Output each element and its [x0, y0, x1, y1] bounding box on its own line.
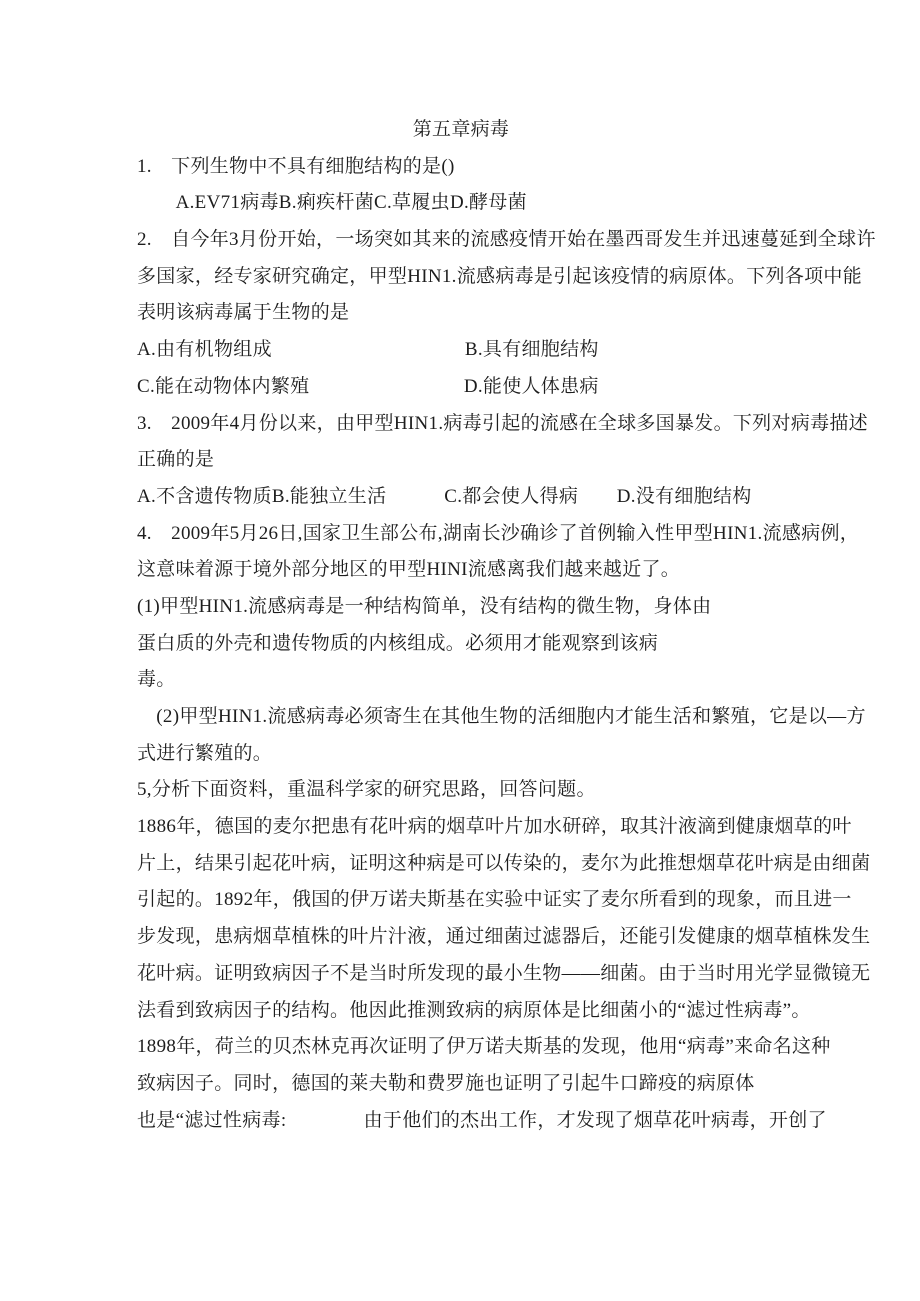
- text-line: 表明该病毒属于生物的是: [137, 295, 785, 332]
- text-line: (2)甲型HIN1.流感病毒必须寄生在其他生物的活细胞内才能生活和繁殖，它是以—…: [137, 699, 785, 736]
- text-line: 1886年，德国的麦尔把患有花叶病的烟草叶片加水研碎，取其汁液滴到健康烟草的叶: [137, 809, 785, 846]
- text-line: 蛋白质的外壳和遗传物质的内核组成。必须用才能观察到该病: [137, 626, 785, 663]
- document-content: 第五章病毒 1. 下列生物中不具有细胞结构的是() A.EV71病毒B.痢疾杆菌…: [137, 112, 785, 1139]
- document-body: 1. 下列生物中不具有细胞结构的是() A.EV71病毒B.痢疾杆菌C.草履虫D…: [137, 149, 785, 1140]
- text-line: (1)甲型HIN1.流感病毒是一种结构简单，没有结构的微生物，身体由: [137, 589, 785, 626]
- text-line: 步发现，患病烟草植株的叶片汁液，通过细菌过滤器后，还能引发健康的烟草植株发生: [137, 919, 785, 956]
- text-line: 4. 2009年5月26日,国家卫生部公布,湖南长沙确诊了首例输入性甲型HIN1…: [137, 516, 785, 553]
- text-line: 法看到致病因子的结构。他因此推测致病的病原体是比细菌小的“滤过性病毒”。: [137, 993, 785, 1030]
- text-line: 1898年，荷兰的贝杰林克再次证明了伊万诺夫斯基的发现，他用“病毒”来命名这种: [137, 1029, 785, 1066]
- text-line: 这意味着源于境外部分地区的甲型HINI流感离我们越来越近了。: [137, 552, 785, 589]
- text-line: 花叶病。证明致病因子不是当时所发现的最小生物——细菌。由于当时用光学显微镜无: [137, 956, 785, 993]
- text-line: 多国家，经专家研究确定，甲型HIN1.流感病毒是引起该疫情的病原体。下列各项中能: [137, 259, 785, 296]
- text-line: 片上，结果引起花叶病，证明这种病是可以传染的，麦尔为此推想烟草花叶病是由细菌: [137, 846, 785, 883]
- text-line: 2. 自今年3月份开始，一场突如其来的流感疫情开始在墨西哥发生并迅速蔓延到全球许: [137, 222, 785, 259]
- text-line: 也是“滤过性病毒: 由于他们的杰出工作，才发现了烟草花叶病毒，开创了: [137, 1103, 785, 1140]
- text-line: 毒。: [137, 662, 785, 699]
- text-line: 引起的。1892年，俄国的伊万诺夫斯基在实验中证实了麦尔所看到的现象，而且进一: [137, 882, 785, 919]
- text-line: A.由有机物组成 B.具有细胞结构: [137, 332, 785, 369]
- text-line: C.能在动物体内繁殖 D.能使人体患病: [137, 369, 785, 406]
- text-line: A.EV71病毒B.痢疾杆菌C.草履虫D.酵母菌: [137, 185, 785, 222]
- text-line: 1. 下列生物中不具有细胞结构的是(): [137, 149, 785, 186]
- text-line: 5,分析下面资料，重温科学家的研究思路，回答问题。: [137, 772, 785, 809]
- text-line: 式进行繁殖的。: [137, 736, 785, 773]
- text-line: A.不含遗传物质B.能独立生活 C.都会使人得病 D.没有细胞结构: [137, 479, 785, 516]
- text-line: 致病因子。同时，德国的莱夫勒和费罗施也证明了引起牛口蹄疫的病原体: [137, 1066, 785, 1103]
- text-line: 3. 2009年4月份以来，由甲型HIN1.病毒引起的流感在全球多国暴发。下列对…: [137, 406, 785, 443]
- document-page: 第五章病毒 1. 下列生物中不具有细胞结构的是() A.EV71病毒B.痢疾杆菌…: [0, 0, 920, 1301]
- text-line: 正确的是: [137, 442, 785, 479]
- document-title: 第五章病毒: [137, 112, 785, 149]
